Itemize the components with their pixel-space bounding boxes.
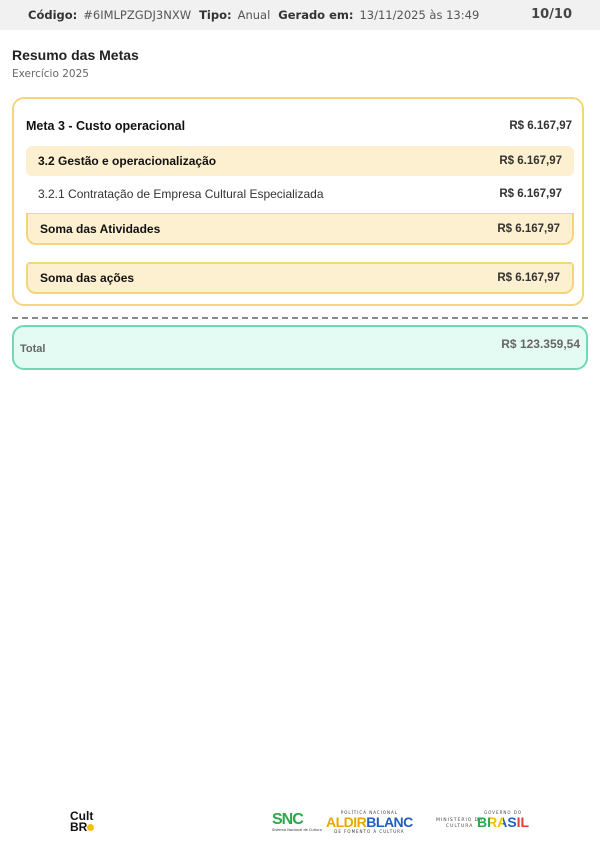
codigo-value: #6IMLPZGDJ3NXW [83,8,191,22]
gerado-label: Gerado em: [278,8,353,22]
meta-card: Meta 3 - Custo operacional R$ 6.167,97 3… [12,97,584,306]
codigo-label: Código: [28,8,77,22]
cultbr-heart-icon [87,824,94,831]
meta-header: Meta 3 - Custo operacional R$ 6.167,97 [26,116,572,136]
sum-actions-label: Soma das ações [40,271,134,285]
snc-logo: SNC Sistema Nacional de Cultura [272,812,322,832]
activity-row: 3.2.1 Contratação de Empresa Cultural Es… [26,179,574,209]
aldir-blanc-logo: POLÍTICA NACIONAL ALDIRBLANC DE FOMENTO … [326,810,413,834]
cultbr-line2: BR [70,820,87,834]
action-name: 3.2 Gestão e operacionalização [38,154,216,168]
activity-name: 3.2.1 Contratação de Empresa Cultural Es… [38,187,324,201]
sum-actions-amount: R$ 6.167,97 [497,272,560,284]
activity-amount: R$ 6.167,97 [499,188,562,200]
snc-text: SNC [272,812,322,828]
total-box: Total R$ 123.359,54 [12,325,588,370]
document-header-bar: Código: #6IMLPZGDJ3NXW Tipo: Anual Gerad… [0,0,600,30]
total-label: Total [20,343,45,355]
action-row: 3.2 Gestão e operacionalização R$ 6.167,… [26,146,574,176]
governo-brasil-logo: GOVERNO DO BRASIL [477,810,529,829]
sum-activities-label: Soma das Atividades [40,222,160,236]
total-amount: R$ 123.359,54 [501,337,580,351]
sum-activities-amount: R$ 6.167,97 [497,223,560,235]
gerado-value: 13/11/2025 às 13:49 [359,8,479,22]
aldir-bottom: DE FOMENTO À CULTURA [326,829,413,834]
aldir-a: ALDIR [326,814,366,830]
snc-caption: Sistema Nacional de Cultura [272,828,322,832]
page-number: 10/10 [531,7,572,22]
sum-actions-row: Soma das ações R$ 6.167,97 [26,262,574,294]
action-amount: R$ 6.167,97 [499,155,562,167]
meta-amount: R$ 6.167,97 [509,120,572,132]
page-title: Resumo das Metas [12,47,139,63]
tipo-value: Anual [238,8,271,22]
sum-activities-row: Soma das Atividades R$ 6.167,97 [26,213,574,245]
brasil-text: BRASIL [477,815,529,829]
dashed-divider [12,317,588,319]
tipo-label: Tipo: [199,8,232,22]
page-subtitle: Exercício 2025 [12,68,89,80]
cultbr-logo: Cult BR [70,811,94,833]
meta-name: Meta 3 - Custo operacional [26,119,185,133]
document-meta: Código: #6IMLPZGDJ3NXW Tipo: Anual Gerad… [28,8,487,22]
aldir-b: BLANC [366,814,413,830]
